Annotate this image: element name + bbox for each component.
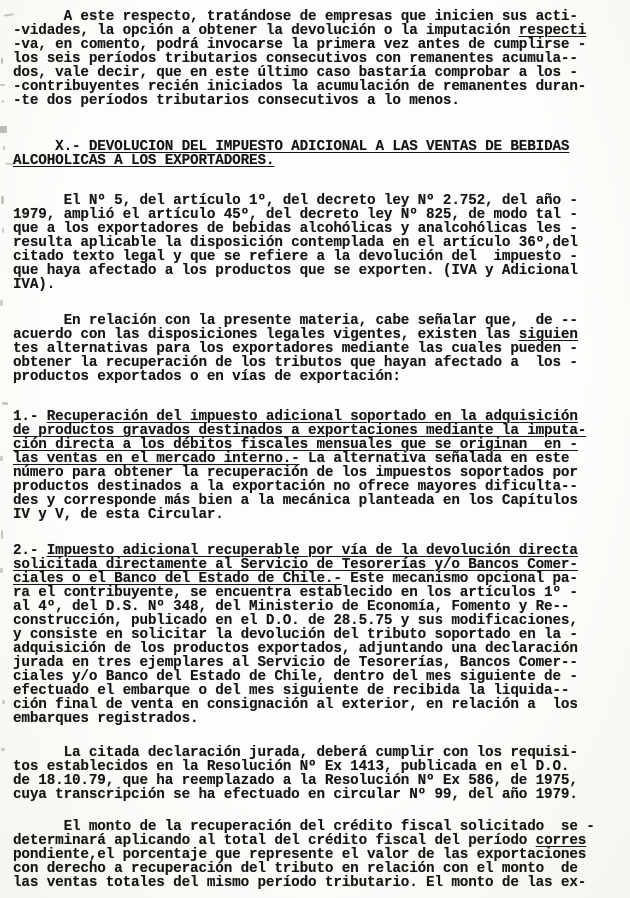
- text-line: IV y V, de esta Circular.: [13, 508, 623, 522]
- scan-artifact: [2, 100, 4, 103]
- text-line: citado texto legal y que se refiere a la…: [13, 250, 623, 264]
- text-line: con derecho a recuperación del tributo e…: [13, 862, 623, 876]
- text-line: ciales y/o Banco del Estado de Chile, de…: [13, 670, 623, 684]
- paragraph-decreto: El Nº 5, del artículo 1º, del decreto le…: [13, 194, 623, 292]
- text-line: IVA).: [13, 278, 623, 292]
- text-line: ción directa a los débitos fiscales mens…: [13, 438, 623, 452]
- text-line: acuerdo con las disposiciones legales vi…: [13, 328, 623, 342]
- scan-artifact: [1, 748, 5, 751]
- text-line: construcción, publicado en el D.O. de 28…: [13, 614, 623, 628]
- text-line: tos establecidos en la Resolución Nº Ex …: [13, 760, 623, 774]
- text-line: X.- DEVOLUCION DEL IMPUESTO ADICIONAL A …: [13, 140, 623, 154]
- text-line: las ventas totales del mismo período tri…: [13, 876, 623, 890]
- text-line: de productos gravados destinados a expor…: [13, 424, 623, 438]
- text-line: las ventas en el mercado interno.- La al…: [13, 452, 623, 466]
- text-line: embarques registrados.: [13, 712, 623, 726]
- text-line: número para obtener la recuperación de l…: [13, 466, 623, 480]
- underlined-text: ALCOHOLICAS A LOS EXPORTADORES.: [13, 153, 274, 169]
- text-line: ALCOHOLICAS A LOS EXPORTADORES.: [13, 154, 623, 168]
- item-2: 2.- Impuesto adicional recuperable por v…: [13, 544, 623, 726]
- text-line: jurada en tres ejemplares al Servicio de…: [13, 656, 623, 670]
- paragraph-intro: A este respecto, tratándose de empresas …: [13, 10, 623, 108]
- text-line: El monto de la recuperación del crédito …: [13, 820, 623, 834]
- text-line: -va, en comento, podrá invocarse la prim…: [13, 38, 623, 52]
- item-1: 1.- Recuperación del impuesto adicional …: [13, 410, 623, 522]
- document-body: A este respecto, tratándose de empresas …: [13, 10, 623, 890]
- text-line: En relación con la presente materia, cab…: [13, 314, 623, 328]
- scan-artifact: [3, 146, 5, 150]
- text-line: efectuado el embarque o del mes siguient…: [13, 684, 623, 698]
- text-segment: que haya afectado a los productos que se…: [13, 263, 578, 279]
- text-line: al 4º, del D.S. Nº 348, del Ministerio d…: [13, 600, 623, 614]
- scan-artifact: [2, 700, 5, 704]
- text-line: ra el contribuyente, se encuentra establ…: [13, 586, 623, 600]
- text-line: los seis períodos tributarios consecutiv…: [13, 52, 623, 66]
- text-line: -te dos períodos tributarios consecutivo…: [13, 94, 623, 108]
- text-segment: -te dos períodos tributarios consecutivo…: [13, 93, 460, 109]
- scan-artifact: [1, 58, 3, 64]
- paragraph-declaracion: La citada declaración jurada, deberá cum…: [13, 746, 623, 802]
- text-line: ciales o el Banco del Estado de Chile.- …: [13, 572, 623, 586]
- scan-artifact: [2, 228, 4, 233]
- text-line: obtener la recuperación de los tributos …: [13, 356, 623, 370]
- text-line: solicitada directamente al Servicio de T…: [13, 558, 623, 572]
- scan-artifact: [1, 530, 3, 539]
- text-line: dos, vale decir, que en este último caso…: [13, 66, 623, 80]
- scan-artifact: [0, 126, 7, 133]
- text-line: La citada declaración jurada, deberá cum…: [13, 746, 623, 760]
- scan-artifact: [0, 456, 3, 461]
- scan-artifact: [2, 402, 8, 405]
- text-line: cuya transcripción se ha efectuado en ci…: [13, 788, 623, 802]
- text-line: El Nº 5, del artículo 1º, del decreto le…: [13, 194, 623, 208]
- text-line: productos exportados o en vías de export…: [13, 370, 623, 384]
- text-line: 1979, amplió el artículo 45º, del decret…: [13, 208, 623, 222]
- text-segment: embarques registrados.: [13, 711, 198, 727]
- text-segment: IV y V, de esta Circular.: [13, 507, 224, 523]
- text-line: que a los exportadores de bebidas alcohó…: [13, 222, 623, 236]
- text-segment: cuya transcripción se ha efectuado en ci…: [13, 787, 578, 803]
- text-line: 1.- Recuperación del impuesto adicional …: [13, 410, 623, 424]
- scanned-document-page: A este respecto, tratándose de empresas …: [0, 0, 630, 898]
- section-heading: X.- DEVOLUCION DEL IMPUESTO ADICIONAL A …: [13, 140, 623, 168]
- scan-artifact: [1, 196, 4, 204]
- text-segment: IVA).: [13, 277, 55, 293]
- scan-artifact: [0, 300, 3, 306]
- paragraph-alternativas: En relación con la presente materia, cab…: [13, 314, 623, 384]
- text-line: que haya afectado a los productos que se…: [13, 264, 623, 278]
- text-line: A este respecto, tratándose de empresas …: [13, 10, 623, 24]
- text-line: 2.- Impuesto adicional recuperable por v…: [13, 544, 623, 558]
- paragraph-monto: El monto de la recuperación del crédito …: [13, 820, 623, 890]
- text-line: tes alternativas para los exportadores m…: [13, 342, 623, 356]
- text-line: y consiste en solicitar la devolución de…: [13, 628, 623, 642]
- text-line: de 18.10.79, que ha reemplazado a la Res…: [13, 774, 623, 788]
- text-segment: las ventas totales del mismo período tri…: [13, 875, 586, 891]
- text-line: -contribuyentes recién iniciados la acum…: [13, 80, 623, 94]
- text-line: des y corresponde más bien a la mecánica…: [13, 494, 623, 508]
- scan-artifact: [0, 568, 3, 573]
- text-line: pondiente,el porcentaje que represente e…: [13, 848, 623, 862]
- text-line: ción final de venta en consignación al e…: [13, 698, 623, 712]
- text-segment: productos exportados o en vías de export…: [13, 369, 401, 385]
- text-line: adquisición de los productos exportados,…: [13, 642, 623, 656]
- text-line: productos destinados a la exportación no…: [13, 480, 623, 494]
- scan-artifact: [0, 84, 5, 86]
- text-line: determinará aplicando al total del crédi…: [13, 834, 623, 848]
- text-line: -vidades, la opción a obtener la devoluc…: [13, 24, 623, 38]
- text-line: resulta aplicable la disposición contemp…: [13, 236, 623, 250]
